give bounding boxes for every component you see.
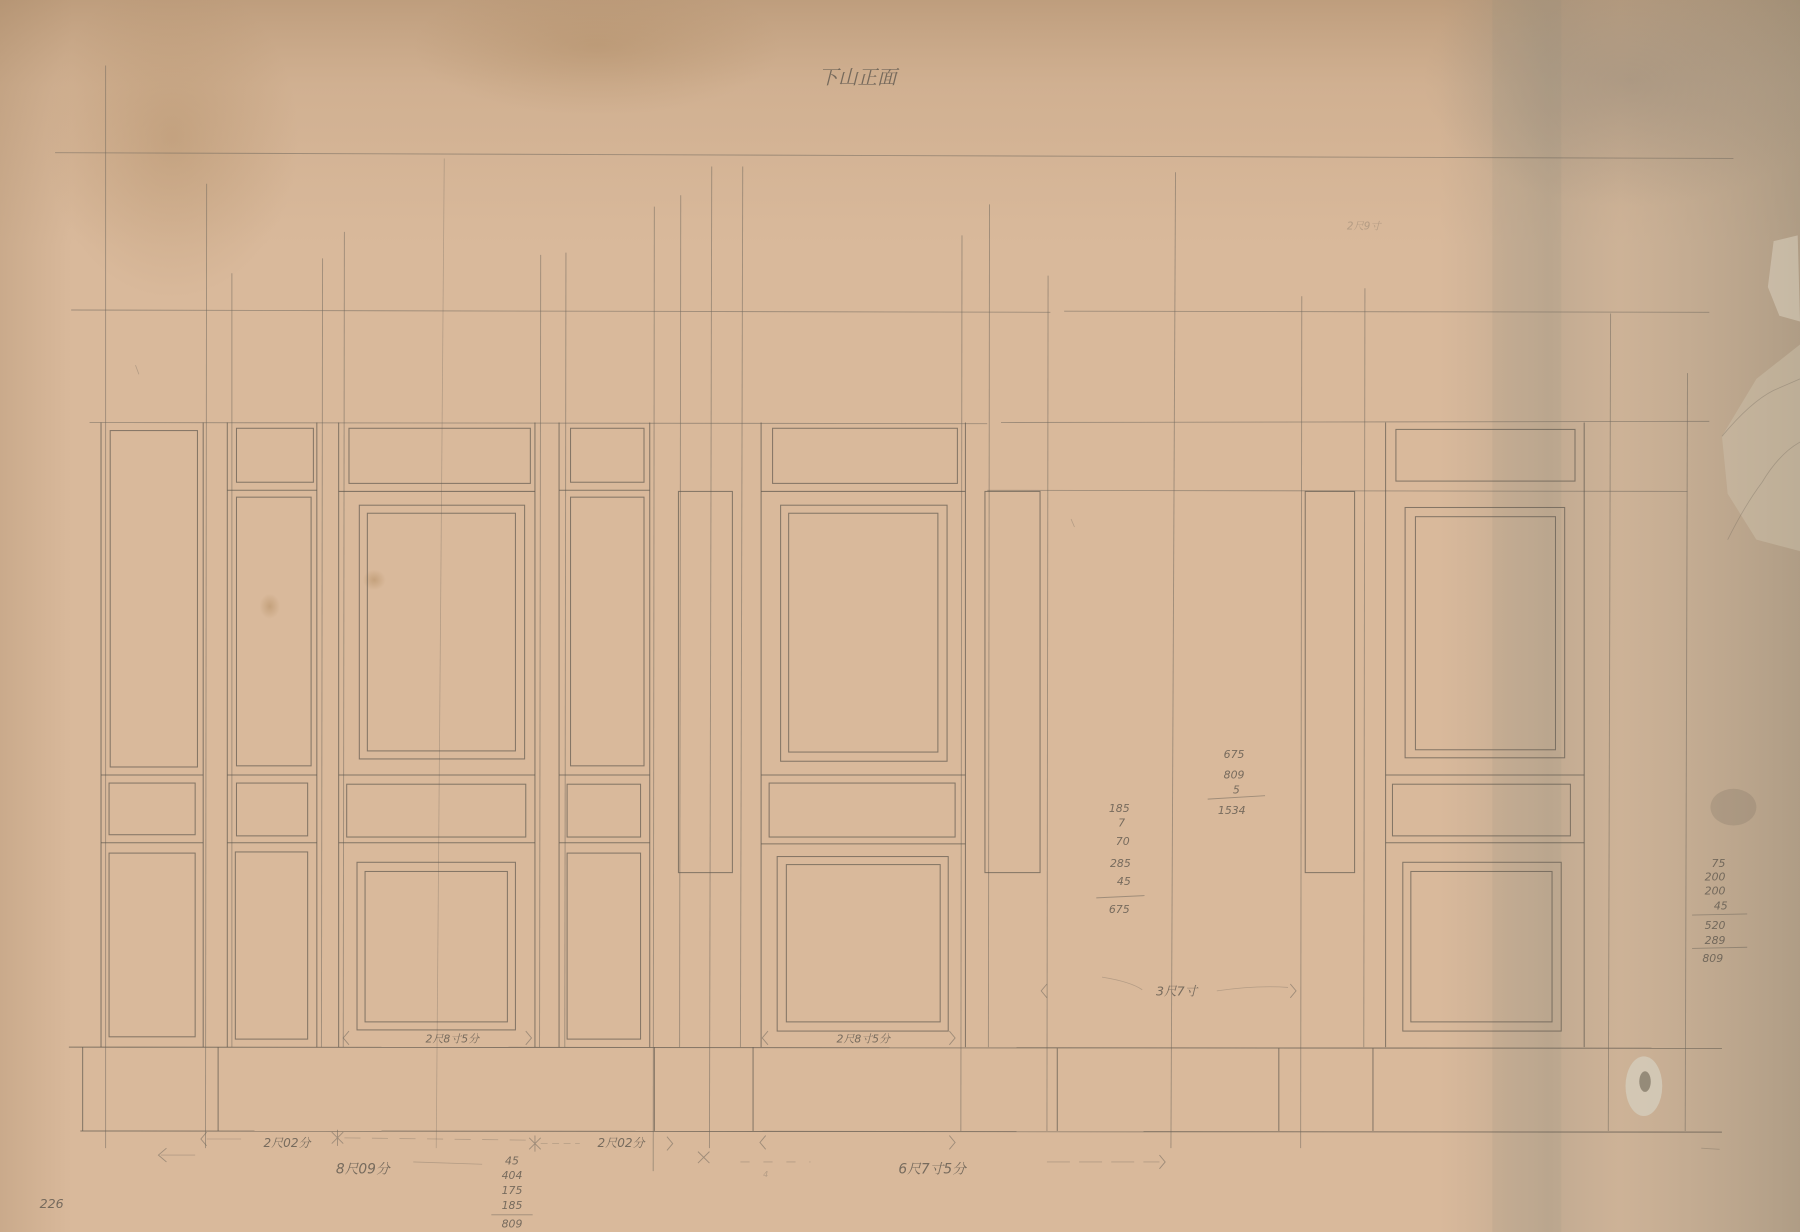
sheet-number: 226 — [40, 1196, 64, 1211]
elevation-drawing-sheet: 下山正面 2尺9寸 226 2尺8寸5分 2尺8寸5分 3尺7寸 2尺02分 2… — [0, 0, 1800, 1232]
dimension-label: 8尺09分 — [336, 1161, 391, 1177]
calc-total: 809 — [1702, 952, 1723, 965]
calc-term: 45 — [1714, 899, 1728, 912]
calc-total: 1534 — [1218, 804, 1246, 817]
dimension-label: 2尺8寸5分 — [426, 1033, 481, 1046]
calc-term: 45 — [505, 1154, 519, 1167]
calc-term: 289 — [1705, 934, 1726, 947]
calc-term: 809 — [1224, 768, 1245, 781]
calc-term: 185 — [502, 1199, 523, 1212]
calc-term: 70 — [1116, 835, 1130, 848]
paper-hole-center — [1639, 1071, 1650, 1092]
calc-term: 200 — [1705, 884, 1726, 897]
calc-total: 675 — [1109, 903, 1130, 916]
dimension-label: 2尺8寸5分 — [837, 1033, 892, 1046]
corner-note: 2尺9寸 — [1347, 221, 1382, 233]
calc-term: 285 — [1110, 857, 1131, 870]
calc-term: 75 — [1712, 857, 1726, 870]
foxing-spot — [363, 569, 386, 590]
calc-term: 675 — [1224, 748, 1245, 761]
sheet-title: 下山正面 — [819, 66, 900, 89]
shadow-band — [1492, 0, 1561, 1232]
calc-subtotal: 520 — [1705, 919, 1726, 932]
dimension-label: 6尺7寸5分 — [898, 1161, 967, 1177]
tick-label: 4 — [763, 1170, 768, 1179]
dimension-label: 2尺02分 — [263, 1136, 312, 1150]
calc-term: 7 — [1118, 817, 1125, 830]
smudge — [1710, 789, 1756, 826]
calc-term: 45 — [1117, 875, 1131, 888]
calc-term: 175 — [502, 1184, 523, 1197]
calc-term: 404 — [502, 1169, 523, 1182]
calc-term: 200 — [1705, 871, 1726, 884]
foxing-spot — [259, 594, 280, 619]
calc-term: 5 — [1233, 783, 1240, 796]
calc-total: 809 — [502, 1217, 523, 1230]
dimension-label: 2尺02分 — [598, 1136, 647, 1150]
dimension-label: 3尺7寸 — [1156, 983, 1199, 998]
calc-term: 185 — [1109, 802, 1130, 815]
